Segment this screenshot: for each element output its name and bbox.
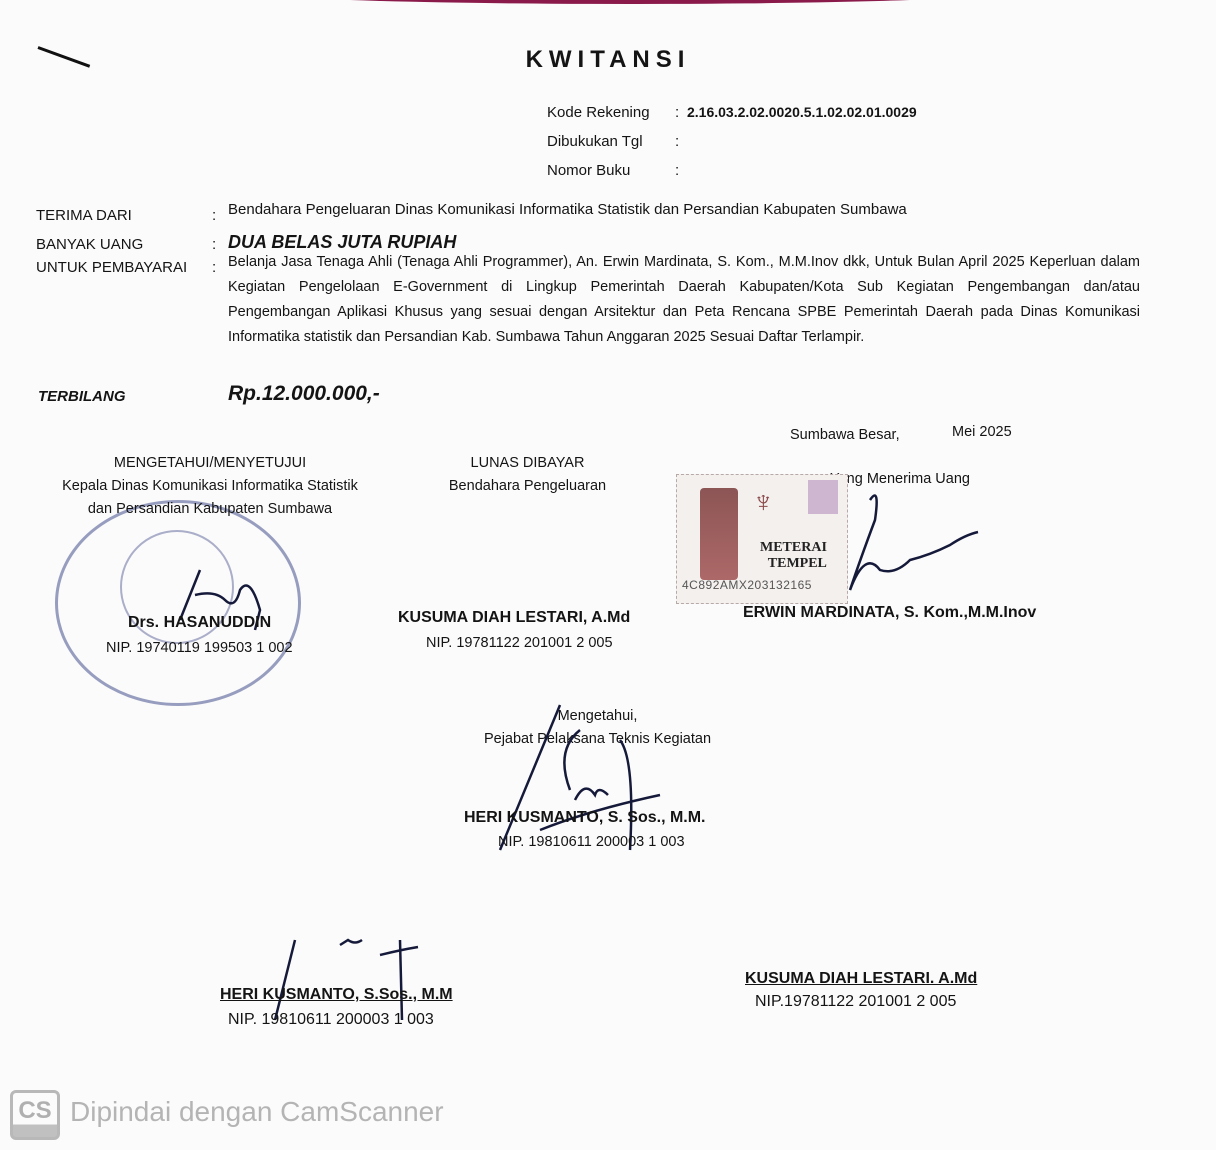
terima-dari-value: Bendahara Pengeluaran Dinas Komunikasi I… [228, 201, 907, 218]
approver-role-2: dan Persandian Kabupaten Sumbawa [40, 498, 380, 521]
untuk-pembayaran-label: UNTUK PEMBAYARAI [36, 259, 187, 276]
meta-label: Dibukukan Tgl [547, 133, 675, 150]
approver-heading: MENGETAHUI/MENYETUJUI [40, 452, 380, 475]
camscanner-watermark: Dipindai dengan CamScanner [70, 1096, 444, 1128]
treasurer-nip: NIP. 19781122 201001 2 005 [426, 635, 613, 651]
approver-role: Kepala Dinas Komunikasi Informatika Stat… [40, 475, 380, 498]
meta-label: Kode Rekening [547, 104, 675, 121]
recipient-signature [820, 480, 990, 610]
place: Sumbawa Besar, [790, 427, 900, 443]
meta-dibukukan-tgl: Dibukukan Tgl: [547, 133, 687, 150]
meterai-label: METERAI TEMPEL [760, 540, 827, 572]
technical-officer-nip: NIP. 19810611 200003 1 003 [498, 834, 685, 850]
meta-label: Nomor Buku [547, 162, 675, 179]
footer-left-nip: NIP. 19810611 200003 1 003 [228, 1011, 434, 1029]
footer-left-name: HERI KUSMANTO, S.Sos., M.M [220, 986, 453, 1004]
meta-value: 2.16.03.2.02.0020.5.1.02.02.01.0029 [687, 104, 917, 120]
garuda-emblem-icon: ♆ [752, 486, 775, 520]
date: Mei 2025 [952, 424, 1012, 440]
revenue-stamp-value [700, 488, 738, 580]
terbilang-value: Rp.12.000.000,- [228, 382, 380, 406]
approver-name: Drs. HASANUDDIN [128, 614, 271, 632]
banyak-uang-label: BANYAK UANG [36, 236, 143, 253]
treasurer-block: LUNAS DIBAYAR Bendahara Pengeluaran [400, 452, 655, 498]
footer-right-nip: NIP.19781122 201001 2 005 [755, 993, 956, 1011]
untuk-pembayaran-value: Belanja Jasa Tenaga Ahli (Tenaga Ahli Pr… [228, 250, 1140, 350]
recipient-name: ERWIN MARDINATA, S. Kom.,M.M.Inov [743, 604, 1036, 622]
terima-dari-label: TERIMA DARI [36, 207, 132, 224]
meta-nomor-buku: Nomor Buku: [547, 162, 687, 179]
treasurer-role: Bendahara Pengeluaran [400, 475, 655, 498]
top-edge-band [230, 0, 1030, 4]
treasurer-heading: LUNAS DIBAYAR [400, 452, 655, 475]
approver-nip: NIP. 19740119 199503 1 002 [106, 640, 293, 656]
camscanner-logo-icon: CS [10, 1090, 60, 1140]
meta-kode-rekening: Kode Rekening:2.16.03.2.02.0020.5.1.02.0… [547, 104, 917, 121]
terbilang-label: TERBILANG [38, 388, 126, 405]
meterai-serial: 4C892AMX203132165 [682, 578, 812, 592]
treasurer-name: KUSUMA DIAH LESTARI, A.Md [398, 609, 630, 627]
technical-officer-name: HERI KUSMANTO, S. Sos., M.M. [464, 809, 706, 827]
approver-block: MENGETAHUI/MENYETUJUI Kepala Dinas Komun… [40, 452, 380, 521]
footer-right-name: KUSUMA DIAH LESTARI. A.Md [745, 970, 977, 988]
document-title: KWITANSI [0, 46, 1216, 74]
